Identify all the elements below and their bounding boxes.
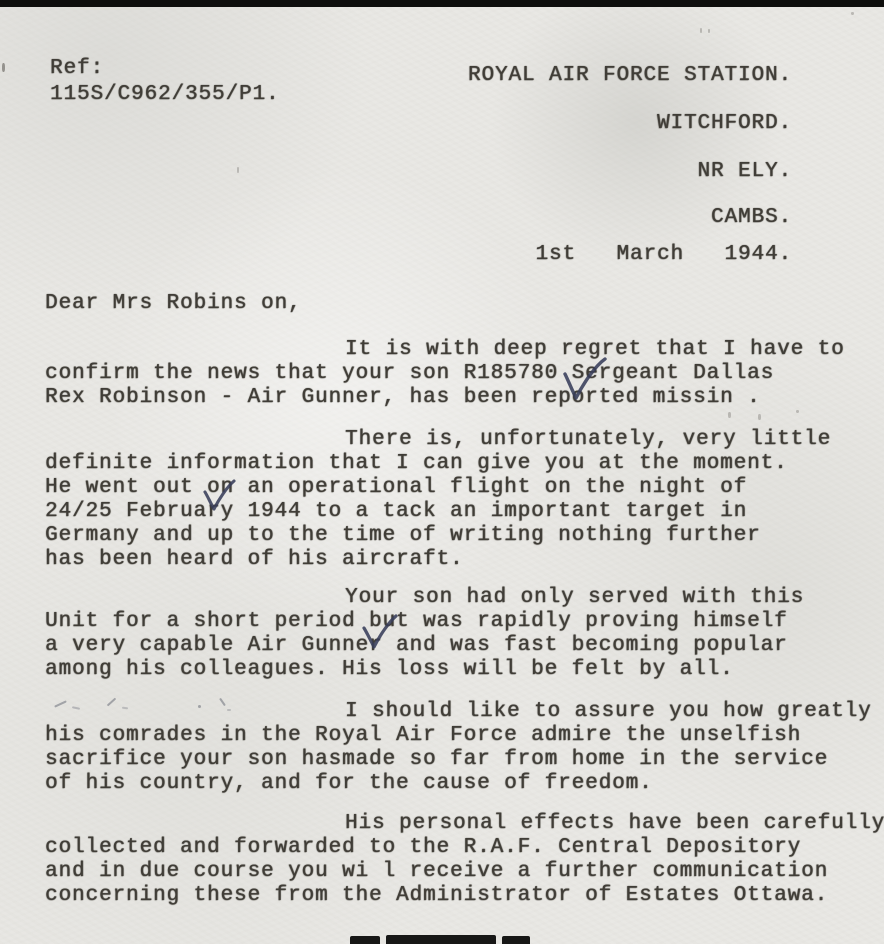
paragraph-line: collected and forwarded to the R.A.F. Ce… bbox=[45, 836, 884, 860]
scan-speck bbox=[700, 28, 702, 33]
cutoff-text-fragment bbox=[386, 935, 496, 944]
scan-speck bbox=[796, 410, 799, 413]
scanned-letter-page: Ref: 115S/C962/355/P1. ROYAL AIR FORCE S… bbox=[0, 0, 884, 944]
paragraph-line: His personal effects have been carefully bbox=[345, 812, 884, 836]
ref-label: Ref: bbox=[50, 56, 280, 82]
paragraph-line: his comrades in the Royal Air Force admi… bbox=[45, 724, 872, 748]
paragraph-line: Germany and up to the time of writing no… bbox=[45, 524, 831, 548]
scan-speck bbox=[851, 12, 854, 15]
scan-speck bbox=[728, 412, 731, 418]
paragraph-1: It is with deep regret that I have to co… bbox=[45, 338, 845, 410]
paragraph-line: a very capable Air Gunner and was fast b… bbox=[45, 634, 804, 658]
reference-block: Ref: 115S/C962/355/P1. bbox=[50, 56, 280, 108]
paragraph-3: Your son had only served with this Unit … bbox=[45, 586, 804, 682]
paragraph-line: I should like to assure you how greatly bbox=[345, 700, 872, 724]
paragraph-line: concerning these from the Administrator … bbox=[45, 884, 884, 908]
paragraph-line: Unit for a short period but was rapidly … bbox=[45, 610, 804, 634]
paragraph-line: He went out on an operational flight on … bbox=[45, 476, 831, 500]
cutoff-text-fragment bbox=[502, 936, 530, 944]
paragraph-2: There is, unfortunately, very little def… bbox=[45, 428, 831, 572]
scan-edge-top bbox=[0, 0, 884, 7]
cutoff-text-fragment bbox=[350, 936, 380, 944]
paragraph-line: among his colleagues. His loss will be f… bbox=[45, 658, 804, 682]
paragraph-line: Your son had only served with this bbox=[345, 586, 804, 610]
scan-speck bbox=[708, 29, 710, 33]
paragraph-line: Rex Robinson - Air Gunner, has been repo… bbox=[45, 386, 845, 410]
paragraph-line: confirm the news that your son R185780 S… bbox=[45, 362, 845, 386]
paragraph-line: has been heard of his aircraft. bbox=[45, 548, 831, 572]
paragraph-line: and in due course you wi l receive a fur… bbox=[45, 860, 884, 884]
paragraph-line: It is with deep regret that I have to bbox=[345, 338, 845, 362]
letterhead-county: CAMBS. bbox=[711, 206, 792, 230]
letterhead-location: WITCHFORD. bbox=[657, 112, 792, 136]
letter-date: 1st March 1944. bbox=[535, 243, 792, 267]
paragraph-line: definite information that I can give you… bbox=[45, 452, 831, 476]
letterhead-near: NR ELY. bbox=[697, 160, 792, 184]
paragraph-5: His personal effects have been carefully… bbox=[45, 812, 884, 908]
salutation: Dear Mrs Robins on, bbox=[45, 292, 302, 316]
paragraph-line: sacrifice your son hasmade so far from h… bbox=[45, 748, 872, 772]
scan-speck bbox=[237, 167, 239, 173]
scan-speck bbox=[758, 414, 761, 420]
paragraph-line: There is, unfortunately, very little bbox=[345, 428, 831, 452]
paragraph-line: of his country, and for the cause of fre… bbox=[45, 772, 872, 796]
paragraph-line: 24/25 February 1944 to a tack an importa… bbox=[45, 500, 831, 524]
ref-number: 115S/C962/355/P1. bbox=[50, 82, 280, 108]
letterhead-station: ROYAL AIR FORCE STATION. bbox=[468, 64, 792, 88]
scan-speck bbox=[2, 63, 5, 72]
pencil-smudge bbox=[48, 698, 248, 720]
